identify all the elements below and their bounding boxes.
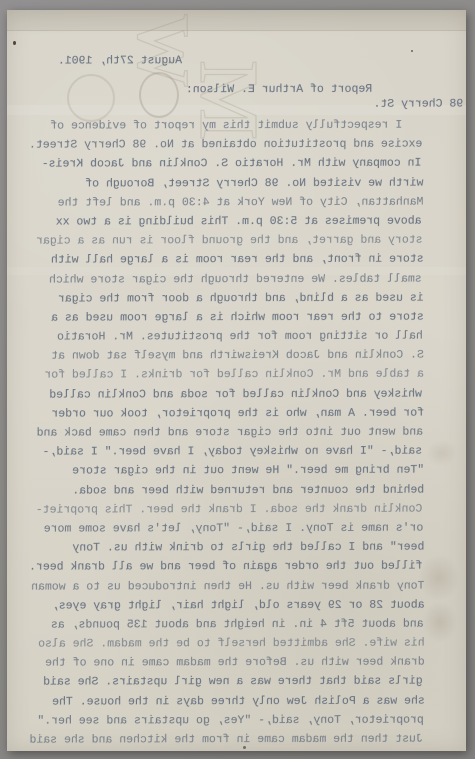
- typed-line: girls said that there was a new girl ups…: [29, 672, 422, 692]
- typed-line: his wife. She admitted herself to be the…: [29, 634, 424, 654]
- date-line: August 27th, 1901.: [58, 54, 182, 67]
- typed-line: S. Conklin and Jacob Kreiswirth and myse…: [29, 346, 424, 366]
- typed-line: Manhattan, City of New York at 4:30 p.m.…: [28, 192, 423, 212]
- typed-line: whiskey and Conklin called for soda and …: [29, 384, 422, 404]
- typed-line: store to the rear room which is a large …: [28, 307, 423, 327]
- typed-line: excise and prostitution obtained at No. …: [28, 135, 422, 155]
- typed-line: "Ten bring me beer." He went out in the …: [29, 461, 424, 481]
- typed-line: or's name is Tony. I said,- "Tony, let's…: [29, 518, 423, 538]
- typed-line: small tables. We entered through the cig…: [28, 269, 421, 289]
- typed-line: a table and Mr. Conklin called for drink…: [29, 365, 424, 385]
- typed-line: drank beer with us. Before the madam cam…: [29, 653, 424, 673]
- typed-line: is used as a blind, and through a door f…: [28, 288, 423, 308]
- typed-line: about 28 or 29 years old, light hair, li…: [29, 595, 424, 615]
- document-page: W M August 27th, 1901. Report of Arthur …: [7, 10, 466, 751]
- mirrored-typescript: August 27th, 1901. Report of Arthur E. W…: [6, 9, 467, 751]
- typed-line: proprietor, Tony, said,- "Yes, go upstai…: [29, 710, 423, 730]
- typed-line: for beer. A man, who is the proprietor, …: [29, 403, 424, 423]
- typed-line: Just then the madam came in from the kit…: [30, 730, 423, 750]
- address-margin-note: 98 Cherry St.: [374, 97, 464, 110]
- typed-line: hall or sitting room for the prostitutes…: [28, 327, 422, 347]
- typed-line: beer" and I called the girls to drink wi…: [29, 538, 424, 558]
- typed-line: Conklin drank the soda. I drank the beer…: [29, 499, 422, 519]
- typed-line: behind the counter and returned with bee…: [29, 480, 424, 500]
- typed-line: store in front, and the rear room is a l…: [28, 250, 423, 270]
- document-body: I respectfully submit this my report of …: [28, 116, 425, 750]
- typed-line: I respectfully submit this my report of …: [28, 116, 402, 136]
- typed-line: story and garret, and the ground floor i…: [28, 231, 422, 251]
- typed-line: Tony drank beer with us. He then introdu…: [29, 576, 424, 596]
- typed-line: and about 5ft 4 in. in height and about …: [29, 614, 423, 634]
- typed-line: said,- "I have no whiskey today, I have …: [29, 442, 422, 462]
- typed-line: In company with Mr. Horatio S. Conklin a…: [28, 154, 421, 174]
- report-title: Report of Arthur E. Wilson:: [186, 83, 372, 96]
- typed-line: wirth we visited No. 98 Cherry Street, B…: [28, 173, 423, 193]
- typed-line: she was a Polish Jew only three days in …: [29, 691, 424, 711]
- scan-background: W M August 27th, 1901. Report of Arthur …: [0, 0, 475, 759]
- typed-line: and went out into the cigar store and th…: [29, 423, 423, 443]
- typed-line: filled out the order again of beer and w…: [29, 557, 422, 577]
- typed-line: above premises at 5:30 p.m. This buildin…: [28, 211, 421, 231]
